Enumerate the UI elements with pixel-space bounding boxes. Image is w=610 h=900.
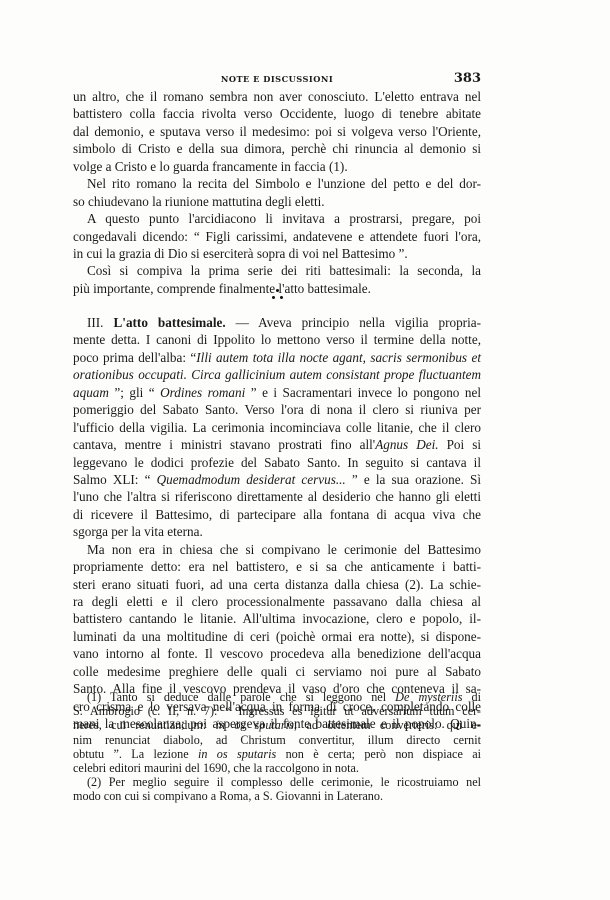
text-line: steri erano situati fuori, ad una certa … (73, 576, 481, 593)
text-line: vano intorno al fonte. Il vescovo proced… (73, 645, 481, 662)
text-line: volge a Cristo e lo guarda francamente i… (73, 158, 481, 175)
text-line: battistero colla faccia rivolta verso Oc… (73, 105, 481, 122)
footnote-line: obtutu ”. La lezione in os sputaris non … (73, 747, 481, 761)
text-line: A questo punto l'arcidiacono li invitava… (73, 210, 481, 227)
section-3: III. L'atto battesimale. — Aveva princip… (73, 314, 481, 733)
body-text-top: un altro, che il romano sembra non aver … (73, 88, 481, 297)
text-line: dal demonio, e sputava verso il medesimo… (73, 123, 481, 140)
footnote-line: S. Ambrogio (c. II, n. 7): “ Ingressus e… (73, 704, 481, 718)
text-line: so chiudevano la riunione mattutina degl… (73, 193, 481, 210)
text-line: un altro, che il romano sembra non aver … (73, 88, 481, 105)
footnote-2: (2) Per meglio seguire il complesso dell… (73, 775, 481, 789)
text-line: leggevano le dodici profezie del Sabato … (73, 454, 481, 471)
text-line: III. L'atto battesimale. — Aveva princip… (73, 314, 481, 331)
text-line: di ricevere il Battesimo, di partecipare… (73, 506, 481, 523)
text-line: ra degli eletti e il clero processionalm… (73, 593, 481, 610)
page-header: NOTE E DISCUSSIONI 383 (73, 71, 481, 87)
text-line: pomeriggio del Sabato Santo. Verso l'ora… (73, 401, 481, 418)
running-title: NOTE E DISCUSSIONI (73, 74, 481, 84)
footnote-line: neres, cui renuntiandum: in os sputaris;… (73, 718, 481, 732)
text-line: sgorga per la vita eterna. (73, 523, 481, 540)
text-line: l'ufficio della vigilia. La cerimonia in… (73, 419, 481, 436)
text-line: Così si compiva la prima serie dei riti … (73, 262, 481, 279)
text-line: orationibus occupati. Circa gallicinium … (73, 366, 481, 383)
asterism-divider (270, 288, 286, 302)
text-line: in cui la grazia di Dio si eserciterà so… (73, 245, 481, 262)
text-line: poco prima dell'alba: “Illi autem tota i… (73, 349, 481, 366)
footnote-line: modo con cui si compivano a Roma, a S. G… (73, 789, 481, 803)
text-line: congedavali dicendo: “ Figli carissimi, … (73, 228, 481, 245)
footnote-line: celebri editori maurini del 1690, che la… (73, 761, 481, 775)
text-line: battistero cantando le litanie. All'ulti… (73, 610, 481, 627)
text-line: Nel rito romano la recita del Simbolo e … (73, 175, 481, 192)
footnote-1: (1) Tanto si deduce dalle parole che si … (73, 690, 481, 704)
text-line: cantava, mentre i ministri stavano prost… (73, 436, 481, 453)
text-line: simbolo di Cristo e della sua dimora, pe… (73, 140, 481, 157)
text-line: mente detta. I canoni di Ippolito lo met… (73, 331, 481, 348)
footnotes: (1) Tanto si deduce dalle parole che si … (73, 690, 481, 804)
text-line: aquam ”; gli “ Ordines romani ” e i Sacr… (73, 384, 481, 401)
text-line: luminati da una moltitudine di ceri (poi… (73, 628, 481, 645)
section-number: III. (87, 315, 103, 330)
text-line: l'uno che l'altra si riferiscono diretta… (73, 488, 481, 505)
text-line: propriamente detto: era nel battistero, … (73, 558, 481, 575)
text-line: Salmo XLI: “ Quemadmodum desiderat cervu… (73, 471, 481, 488)
text-line: Ma non era in chiesa che si compivano le… (73, 541, 481, 558)
footnote-line: nim renunciat diabolo, ad Christum conve… (73, 733, 481, 747)
section-heading: L'atto battesimale. (113, 315, 225, 330)
text-line: colle medesime preghiere delle quali ci … (73, 663, 481, 680)
page-number: 383 (454, 71, 481, 86)
